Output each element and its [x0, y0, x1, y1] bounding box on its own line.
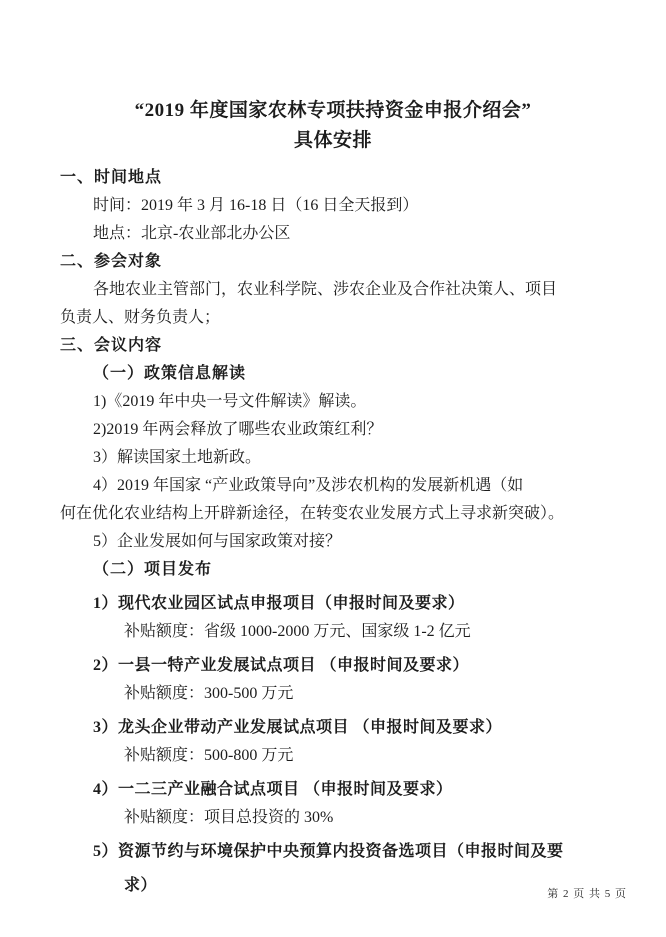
document-page: “2019 年度国家农林专项扶持资金申报介绍会” 具体安排 一、时间地点 时间：…	[0, 0, 666, 937]
policy-item-2: 2)2019 年两会释放了哪些农业政策红利？	[60, 416, 628, 444]
attendees-line-1: 各地农业主管部门，农业科学院、涉农企业及合作社决策人、项目	[60, 276, 628, 304]
project-2-title: 2）一县一特产业发展试点项目 （申报时间及要求）	[60, 652, 628, 680]
project-5-title: 5）资源节约与环境保护中央预算内投资备选项目（申报时间及要	[60, 838, 628, 866]
project-5-title-continuation: 求）	[60, 872, 628, 900]
section-heading-time-place: 一、时间地点	[60, 164, 628, 192]
projects-subsection-heading: （二）项目发布	[60, 556, 628, 584]
project-3-subsidy: 补贴额度：500-800 万元	[60, 742, 628, 770]
document-title: “2019 年度国家农林专项扶持资金申报介绍会”	[0, 96, 666, 126]
policy-item-3: 3）解读国家土地新政。	[60, 444, 628, 472]
policy-item-5: 5）企业发展如何与国家政策对接？	[60, 528, 628, 556]
time-line: 时间：2019 年 3 月 16-18 日（16 日全天报到）	[60, 192, 628, 220]
project-3-title: 3）龙头企业带动产业发展试点项目 （申报时间及要求）	[60, 714, 628, 742]
place-line: 地点：北京-农业部北办公区	[60, 220, 628, 248]
page-number-indicator: 第 2 页 共 5 页	[547, 885, 627, 901]
document-content: “2019 年度国家农林专项扶持资金申报介绍会” 具体安排 一、时间地点 时间：…	[0, 0, 666, 900]
policy-item-4-continuation: 何在优化农业结构上开辟新途径，在转变农业发展方式上寻求新突破）。	[60, 500, 628, 528]
title-block: “2019 年度国家农林专项扶持资金申报介绍会” 具体安排	[0, 96, 666, 156]
project-4-title: 4）一二三产业融合试点项目 （申报时间及要求）	[60, 776, 628, 804]
project-1-title: 1）现代农业园区试点申报项目（申报时间及要求）	[60, 590, 628, 618]
policy-subsection-heading: （一）政策信息解读	[60, 360, 628, 388]
policy-item-4: 4）2019 年国家 “产业政策导向”及涉农机构的发展新机遇（如	[60, 472, 628, 500]
document-subtitle: 具体安排	[0, 126, 666, 156]
section-heading-agenda: 三、会议内容	[60, 332, 628, 360]
attendees-line-2: 负责人、财务负责人；	[60, 304, 628, 332]
project-4-subsidy: 补贴额度：项目总投资的 30%	[60, 804, 628, 832]
policy-item-1: 1)《2019 年中央一号文件解读》解读。	[60, 388, 628, 416]
project-2-subsidy: 补贴额度：300-500 万元	[60, 680, 628, 708]
section-heading-attendees: 二、参会对象	[60, 248, 628, 276]
project-1-subsidy: 补贴额度：省级 1000-2000 万元、国家级 1-2 亿元	[60, 618, 628, 646]
